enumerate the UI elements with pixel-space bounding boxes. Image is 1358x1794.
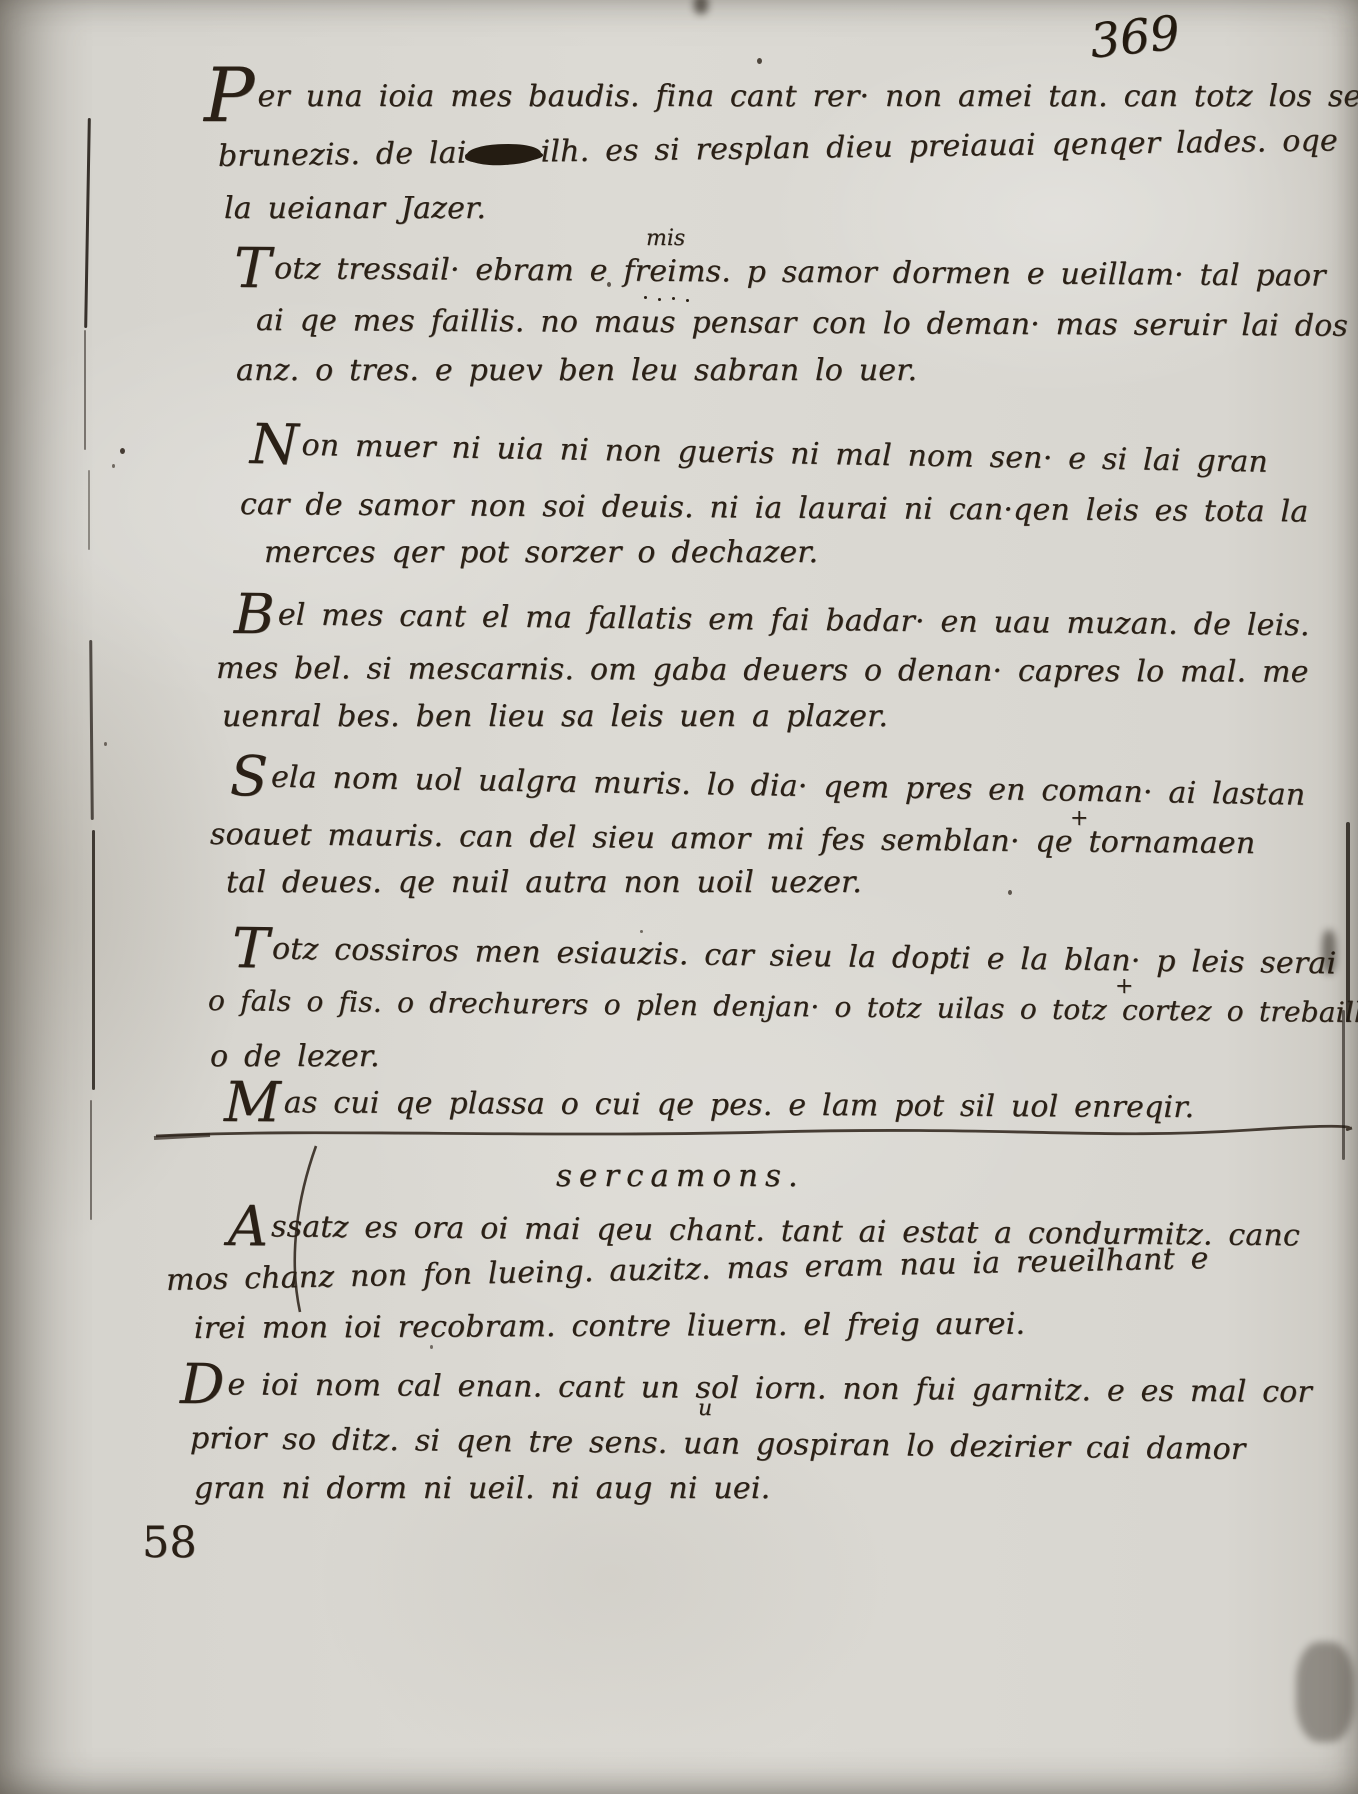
edge-smudge [694, 0, 708, 14]
large-initial: D [180, 1352, 225, 1417]
author-heading: sercamons. [556, 1158, 805, 1194]
manuscript-text-line: gran ni dorm ni ueil. ni aug ni uei. [194, 1472, 770, 1505]
ink-speck [112, 464, 115, 468]
catalog-page-number: 58 [142, 1518, 197, 1568]
manuscript-text-line: irei mon ioi recobram. contre liuern. el… [194, 1308, 1025, 1345]
line-text: on muer ni uia ni non gueris ni mal nom … [301, 428, 1268, 480]
large-initial: B [234, 582, 275, 647]
line-text: o fals o fis. o drechurers o plen denjan… [208, 984, 1358, 1029]
ink-speck [640, 930, 643, 933]
line-text: soauet mauris. can del sieu amor mi fes … [210, 817, 1256, 861]
manuscript-text-line: car de samor non soi deuis. ni ia laurai… [240, 488, 1309, 528]
manuscript-text-line: mes bel. si mescarnis. om gaba deuers o … [216, 652, 1309, 689]
line-text: otz cossiros men esiauzis. car sieu la d… [272, 932, 1337, 982]
manuscript-scan-page: 369 Per una ioia mes baudis. fina cant r… [0, 0, 1358, 1794]
line-text: otz tressail· ebram e freims. p samor do… [274, 251, 1326, 293]
manuscript-text-line: Totz tressail· ebram e freims. p samor d… [234, 252, 1326, 293]
manuscript-text-line: Mas cui qe plassa o cui qe pes. e lam po… [224, 1086, 1194, 1124]
binding-shadow [89, 640, 94, 820]
folio-page-number: 369 [1087, 5, 1182, 69]
line-text: la ueianar Jazer. [224, 191, 486, 226]
large-initial: P [204, 51, 254, 139]
large-initial: M [224, 1070, 281, 1135]
line-text: er una ioia mes baudis. fina cant rer· n… [257, 79, 1358, 114]
manuscript-text-line: uenral bes. ben lieu sa leis uen a plaze… [222, 700, 888, 733]
line-text: brunezis. de lai [218, 136, 467, 174]
manuscript-text-line: Sela nom uol ualgra muris. lo dia· qem p… [230, 760, 1306, 812]
edge-smudge [1322, 930, 1336, 974]
ink-speck [120, 448, 125, 454]
binding-shadow [92, 830, 95, 1090]
binding-shadow [90, 1100, 92, 1220]
expunction-dot [644, 296, 647, 299]
line-text: car de samor non soi deuis. ni ia laurai… [240, 487, 1309, 529]
manuscript-text-line: Per una ioia mes baudis. fina cant rer· … [204, 80, 1358, 113]
line-text: irei mon ioi recobram. contre liuern. el… [194, 1307, 1025, 1346]
ink-blot [466, 142, 541, 167]
manuscript-text-line: Bel mes cant el ma fallatis em fai badar… [234, 598, 1310, 642]
large-initial: T [234, 236, 271, 301]
edge-smudge [1296, 1642, 1354, 1742]
binding-shadow [88, 470, 90, 550]
ink-speck [757, 58, 762, 64]
manuscript-text-line: o de lezer. [210, 1040, 380, 1073]
line-text: as cui qe plassa o cui qe pes. e lam pot… [284, 1085, 1195, 1125]
manuscript-text-line: mos chanz non fon lueing. auzitz. mas er… [166, 1242, 1209, 1297]
line-text: tal deues. qe nuil autra non uoil uezer. [226, 865, 862, 900]
edge-mark [1342, 1010, 1345, 1160]
large-initial: N [249, 412, 299, 478]
manuscript-text-line: Totz cossiros men esiauzis. car sieu la … [232, 932, 1337, 980]
line-text: uenral bes. ben lieu sa leis uen a plaze… [222, 699, 888, 734]
line-text: o de lezer. [210, 1039, 380, 1074]
ink-speck [1008, 890, 1012, 895]
line-text: ilh. es si resplan dieu preiauai qenqer … [540, 123, 1338, 169]
line-text: merces qer pot sorzer o dechazer. [264, 535, 818, 570]
manuscript-text-line: tal deues. qe nuil autra non uoil uezer. [226, 866, 862, 899]
edge-mark [1346, 822, 1350, 1022]
expunction-dot [672, 297, 675, 300]
binding-shadow [84, 118, 91, 328]
manuscript-text-line: o fals o fis. o drechurers o plen denjan… [208, 986, 1358, 1029]
interlinear-note: mis [646, 226, 685, 251]
manuscript-text-line: merces qer pot sorzer o dechazer. [264, 536, 818, 569]
manuscript-text-line: la ueianar Jazer. [224, 192, 486, 225]
large-initial: S [229, 744, 268, 810]
manuscript-text-line: anz. o tres. e puev ben leu sabran lo ue… [236, 354, 917, 387]
manuscript-text-line: prior so ditz. si qen tre sens. uan gosp… [190, 1422, 1246, 1466]
line-text: e ioi nom cal enan. cant un sol iorn. no… [227, 1367, 1312, 1410]
line-text: el mes cant el ma fallatis em fai badar·… [278, 597, 1310, 643]
line-text: ai qe mes faillis. no maus pensar con lo… [256, 303, 1348, 344]
manuscript-text-line: Non muer ni uia ni non gueris ni mal nom… [250, 428, 1269, 479]
manuscript-text-line: ai qe mes faillis. no maus pensar con lo… [256, 304, 1348, 343]
line-text: mos chanz non fon lueing. auzitz. mas er… [166, 1241, 1209, 1298]
line-text: mes bel. si mescarnis. om gaba deuers o … [216, 651, 1309, 690]
line-text: ela nom uol ualgra muris. lo dia· qem pr… [271, 760, 1306, 813]
binding-shadow [84, 330, 86, 450]
manuscript-text-line: brunezis. de laiilh. es si resplan dieu … [218, 124, 1338, 173]
large-initial: A [228, 1194, 269, 1259]
line-text: gran ni dorm ni ueil. ni aug ni uei. [194, 1471, 770, 1506]
expunction-dot [658, 298, 661, 301]
ink-speck [104, 742, 107, 746]
expunction-dot [686, 299, 689, 302]
ink-speck [430, 1345, 433, 1349]
line-text: anz. o tres. e puev ben leu sabran lo ue… [236, 353, 917, 388]
large-initial: T [232, 916, 270, 982]
manuscript-text-line: De ioi nom cal enan. cant un sol iorn. n… [180, 1368, 1312, 1409]
manuscript-text-line: soauet mauris. can del sieu amor mi fes … [210, 818, 1256, 860]
line-text: prior so ditz. si qen tre sens. uan gosp… [190, 1421, 1246, 1467]
ink-speck [607, 282, 611, 287]
